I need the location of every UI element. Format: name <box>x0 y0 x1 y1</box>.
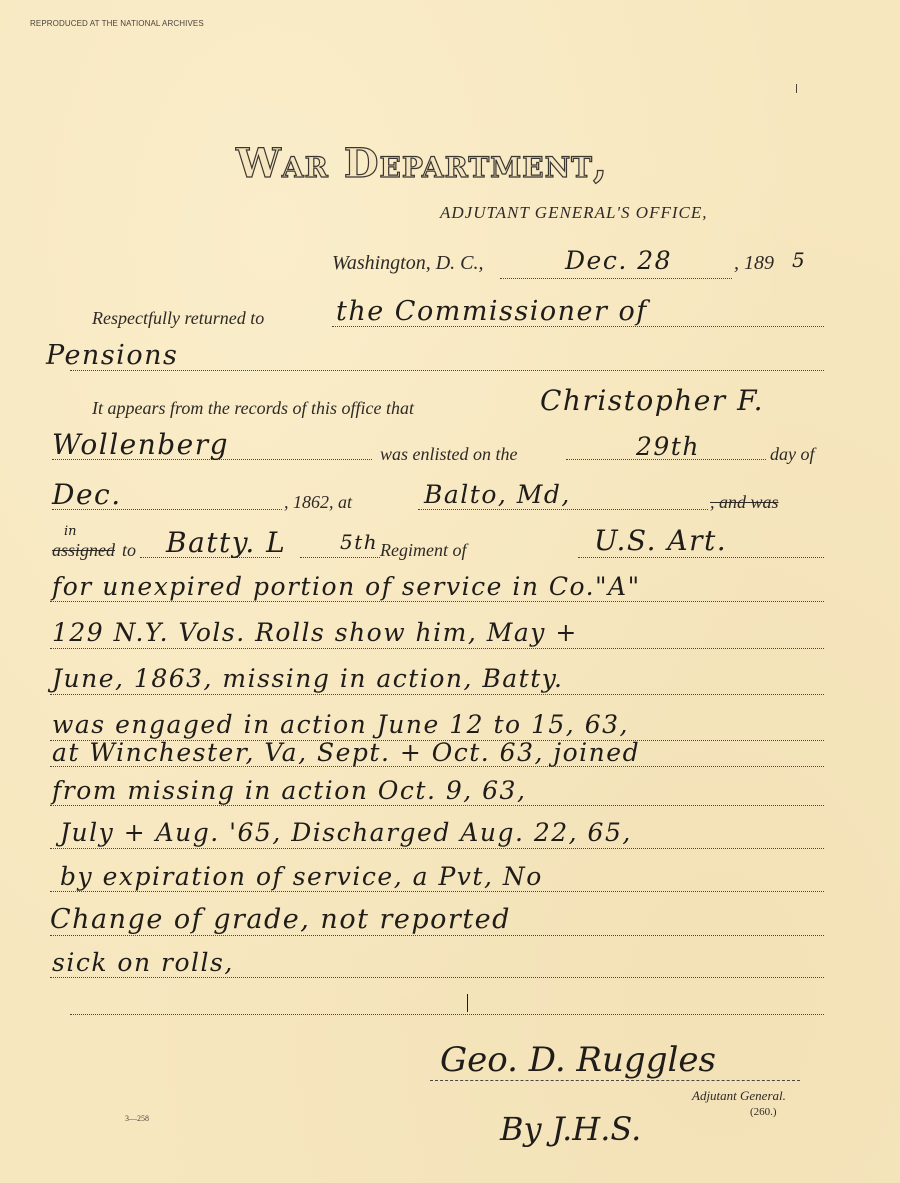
regiment-number: 5th <box>340 530 378 554</box>
place-rule <box>418 509 708 510</box>
body-rule-3 <box>50 694 824 695</box>
dateline-place: Washington, D. C., <box>332 252 484 275</box>
handwritten-line-3: June, 1863, missing in action, Batty. <box>52 664 564 693</box>
to-label: to <box>122 540 136 561</box>
dateline-year-suffix: 5 <box>792 248 806 272</box>
battery: Batty. L <box>166 526 286 559</box>
recipient-line-2: Pensions <box>46 340 178 371</box>
returned-label: Respectfully returned to <box>92 308 264 329</box>
handwritten-line-6: from missing in action Oct. 9, 63, <box>52 776 526 805</box>
letterhead-office: ADJUTANT GENERAL'S OFFICE, <box>440 203 707 223</box>
body-rule-1 <box>50 601 824 602</box>
recipient-line-1: the Commissioner of <box>336 296 648 327</box>
handwritten-line-4: was engaged in action June 12 to 15, 63, <box>52 710 629 739</box>
enlisted-month: Dec. <box>52 478 122 511</box>
signature-title: Adjutant General. <box>692 1088 786 1104</box>
body-rule-8 <box>50 891 824 892</box>
body-rule-9 <box>50 935 824 936</box>
body-rule-11 <box>70 1014 824 1015</box>
page-mark <box>796 84 797 93</box>
assigned-label: assigned <box>52 540 115 561</box>
letterhead-department: War Department, <box>236 140 608 187</box>
dateline-month-day: Dec. 28 <box>565 246 672 275</box>
year-label: , 1862, at <box>284 492 352 513</box>
body-rule-7 <box>50 848 824 849</box>
appears-label: It appears from the records of this offi… <box>92 398 414 419</box>
signature-rule <box>430 1080 800 1081</box>
dateline-rule <box>500 278 732 279</box>
insert-in: in <box>64 524 77 539</box>
handwritten-line-2: 129 N.Y. Vols. Rolls show him, May + <box>52 618 578 647</box>
regiment-label: Regiment of <box>380 540 466 561</box>
handwritten-line-9: Change of grade, not reported <box>50 904 511 935</box>
name-line-1: Christopher F. <box>540 384 764 417</box>
name-line-2: Wollenberg <box>52 428 229 461</box>
and-was-label: , and was <box>710 492 779 513</box>
handwritten-line-10: sick on rolls, <box>52 948 234 977</box>
handwritten-line-5: at Winchester, Va, Sept. + Oct. 63, join… <box>52 738 640 767</box>
handwritten-line-7: July + Aug. '65, Discharged Aug. 22, 65, <box>60 818 632 847</box>
handwritten-line-1: for unexpired portion of service in Co."… <box>52 572 641 601</box>
day-of-label: day of <box>770 444 815 465</box>
enlisted-label: was enlisted on the <box>380 444 518 465</box>
enlisted-day: 29th <box>636 432 700 461</box>
dateline-year-prefix: , 189 <box>734 252 774 275</box>
branch-rule <box>578 557 824 558</box>
pen-mark <box>467 994 468 1012</box>
signature-code: (260.) <box>750 1106 777 1118</box>
body-rule-2 <box>50 648 824 649</box>
body-rule-10 <box>50 977 824 978</box>
regiment-branch: U.S. Art. <box>594 524 727 557</box>
enlisted-place: Balto, Md, <box>424 480 571 509</box>
archive-stamp: REPRODUCED AT THE NATIONAL ARCHIVES <box>30 19 204 28</box>
body-rule-6 <box>50 805 824 806</box>
recipient-rule-2 <box>70 370 824 371</box>
signature-by: By J.H.S. <box>500 1110 641 1148</box>
regiment-number-rule <box>300 557 380 558</box>
form-number: 3—258 <box>125 1114 149 1123</box>
handwritten-line-8: by expiration of service, a Pvt, No <box>60 862 543 891</box>
signature-name: Geo. D. Ruggles <box>440 1040 716 1080</box>
